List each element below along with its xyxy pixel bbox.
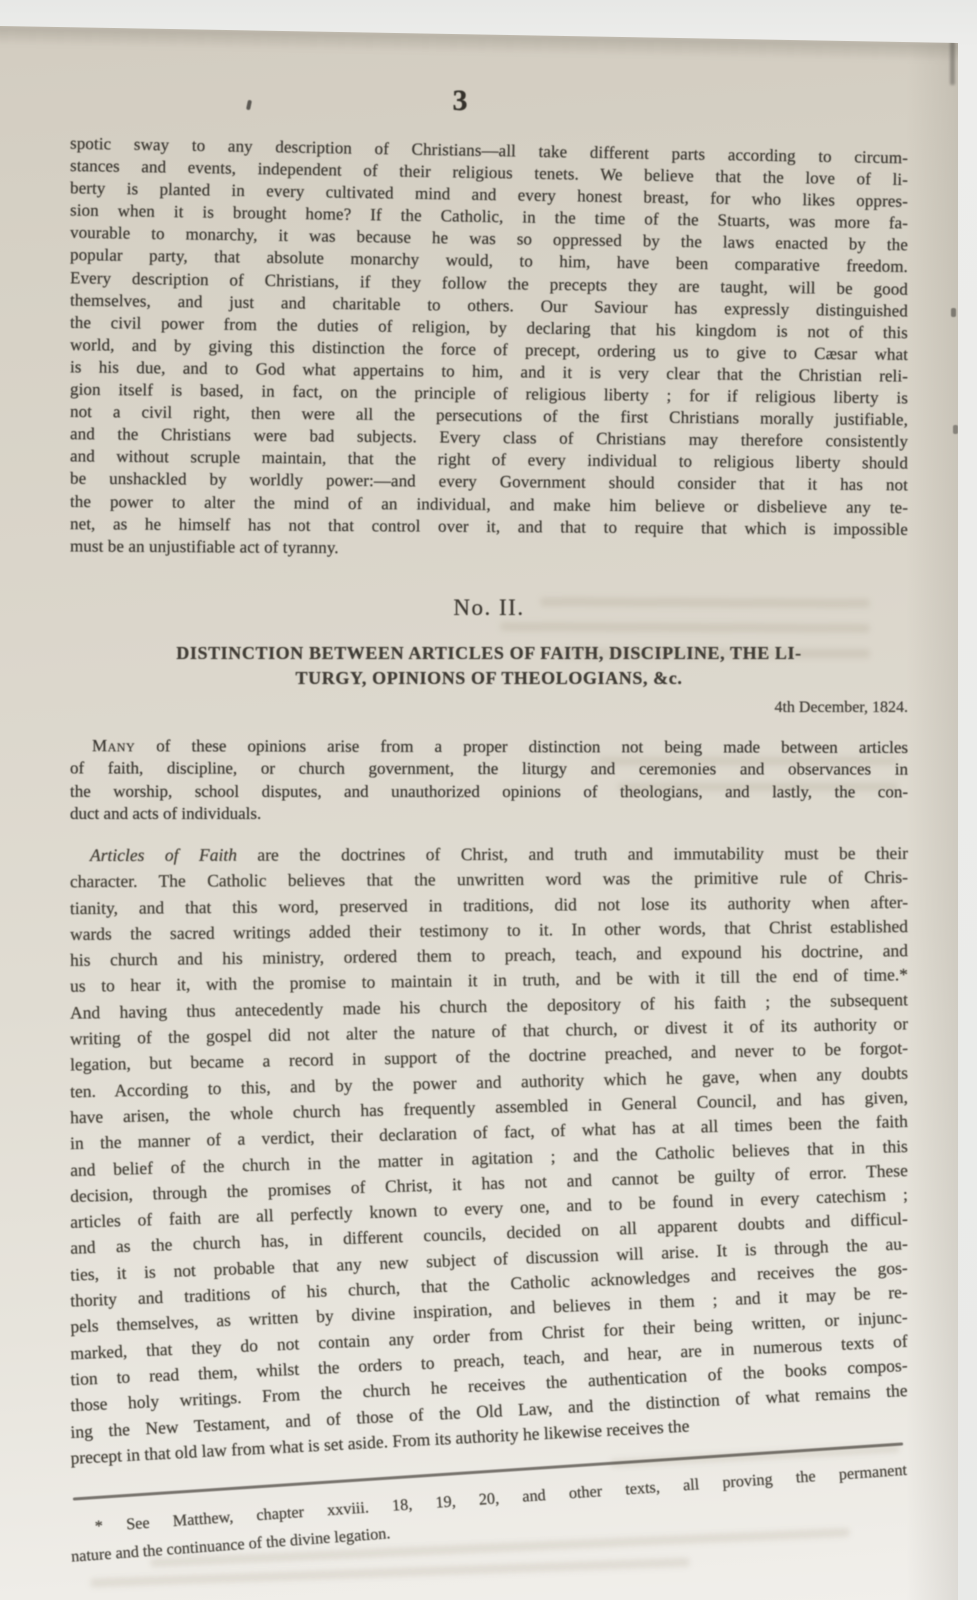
paragraph-many-opinions: Many of these opinions arise from a prop… (70, 736, 908, 825)
page-right-curl-shadow (906, 35, 958, 1600)
photographed-book-page: { "colors": { "paper_top": "#d2ccc0", "p… (0, 0, 977, 1600)
paragraph-lines: of faith, discipline, or church governme… (70, 758, 908, 825)
section-title: DISTINCTION BETWEEN ARTICLES OF FAITH, D… (70, 641, 908, 691)
paragraph-articles-of-faith: Articles of Faith are the doctrines of C… (70, 842, 908, 1449)
bleedthrough-ghost (500, 622, 870, 633)
edge-mark (939, 2, 948, 30)
paragraph-first-line: Many of these opinions arise from a prop… (70, 735, 908, 759)
lead-word: Many (92, 736, 135, 755)
ink-speck (953, 425, 958, 434)
opening-paragraph: spotic sway to any description of Christ… (70, 140, 908, 560)
ink-speck (951, 308, 956, 317)
footnote: * See Matthew, chapter xxviii. 18, 19, 2… (70, 1486, 908, 1540)
italic-lead: Articles of Faith (90, 845, 237, 865)
line-text: of these opinions arise from a proper di… (135, 736, 908, 757)
paragraph-first-line: Articles of Faith are the doctrines of C… (70, 841, 908, 868)
edge-mark (950, 40, 955, 85)
paragraph-lines: character. The Catholic believes that th… (70, 867, 908, 1449)
paper-page: 3 spotic sway to any description of Chri… (0, 0, 958, 1600)
page-number: 3 (0, 84, 920, 118)
section-number-heading: No. II. (70, 595, 908, 621)
section-date: 4th December, 1824. (70, 699, 910, 717)
line-text: are the doctrines of Christ, and truth a… (237, 843, 908, 865)
page-top-edge (0, 25, 977, 63)
